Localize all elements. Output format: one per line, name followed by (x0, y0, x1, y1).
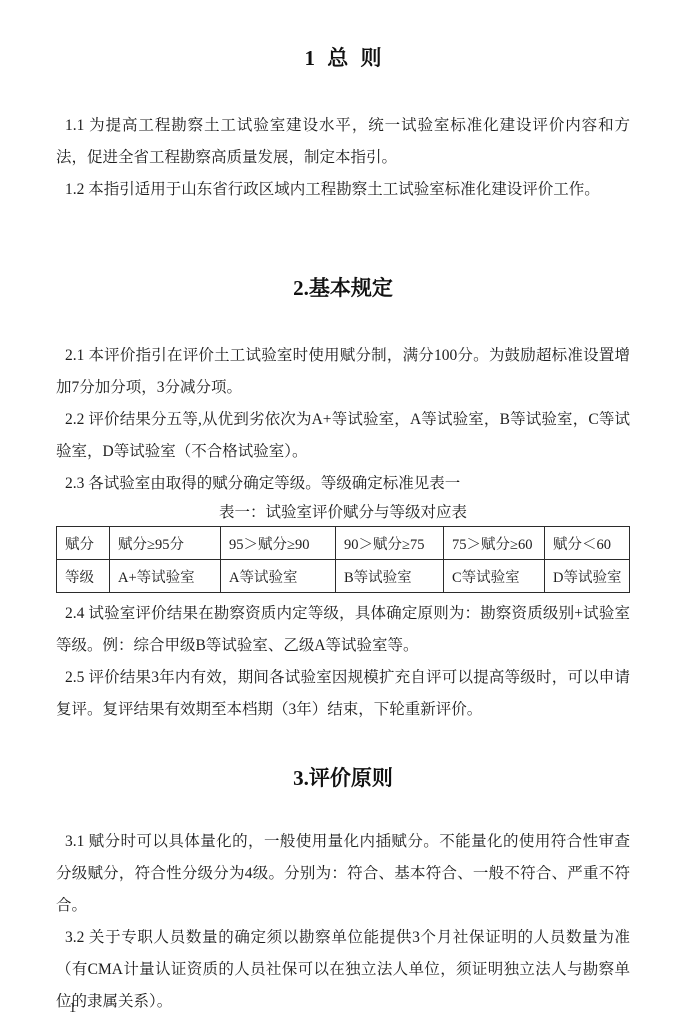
paragraph-2-1: 2.1 本评价指引在评价土工试验室时使用赋分制，满分100分。为鼓励超标准设置增… (56, 340, 630, 404)
paragraph-2-3: 2.3 各试验室由取得的赋分确定等级。等级确定标准见表一 (56, 468, 630, 500)
section-3-title: 3.评价原则 (56, 762, 630, 794)
table-cell: C等试验室 (444, 560, 545, 593)
table-cell: 赋分 (57, 527, 110, 560)
table-row-score: 赋分 赋分≥95分 95＞赋分≥90 90＞赋分≥75 75＞赋分≥60 赋分＜… (57, 527, 630, 560)
paragraph-2-4: 2.4 试验室评价结果在勘察资质内定等级，具体确定原则为：勘察资质级别+试验室等… (56, 598, 630, 662)
page-number: 1 (69, 1000, 76, 1017)
section-1-title: 1 总 则 (56, 42, 630, 74)
paragraph-3-2: 3.2 关于专职人员数量的确定须以勘察单位能提供3个月社保证明的人员数量为准（有… (56, 922, 630, 1018)
section-2-title: 2.基本规定 (56, 272, 630, 304)
table-cell: 赋分≥95分 (110, 527, 221, 560)
paragraph-1-1: 1.1 为提高工程勘察土工试验室建设水平，统一试验室标准化建设评价内容和方法，促… (56, 110, 630, 174)
table-row-grade: 等级 A+等试验室 A等试验室 B等试验室 C等试验室 D等试验室 (57, 560, 630, 593)
table-cell: 赋分＜60 (545, 527, 630, 560)
paragraph-3-1: 3.1 赋分时可以具体量化的，一般使用量化内插赋分。不能量化的使用符合性审查分级… (56, 826, 630, 922)
paragraph-1-2: 1.2 本指引适用于山东省行政区域内工程勘察土工试验室标准化建设评价工作。 (56, 174, 630, 206)
table-cell: A+等试验室 (110, 560, 221, 593)
table-cell: 95＞赋分≥90 (221, 527, 336, 560)
table-cell: 75＞赋分≥60 (444, 527, 545, 560)
paragraph-2-5: 2.5 评价结果3年内有效，期间各试验室因规模扩充自评可以提高等级时，可以申请复… (56, 662, 630, 726)
table-cell: B等试验室 (336, 560, 444, 593)
table-cell: D等试验室 (545, 560, 630, 593)
table-cell: 90＞赋分≥75 (336, 527, 444, 560)
paragraph-2-2: 2.2 评价结果分五等,从优到劣依次为A+等试验室，A等试验室，B等试验室，C等… (56, 404, 630, 468)
table-cell: 等级 (57, 560, 110, 593)
document-page: 1 总 则 1.1 为提高工程勘察土工试验室建设水平，统一试验室标准化建设评价内… (0, 0, 686, 1036)
table-cell: A等试验室 (221, 560, 336, 593)
grade-mapping-table: 赋分 赋分≥95分 95＞赋分≥90 90＞赋分≥75 75＞赋分≥60 赋分＜… (56, 526, 630, 593)
table-1-caption: 表一：试验室评价赋分与等级对应表 (56, 500, 630, 526)
